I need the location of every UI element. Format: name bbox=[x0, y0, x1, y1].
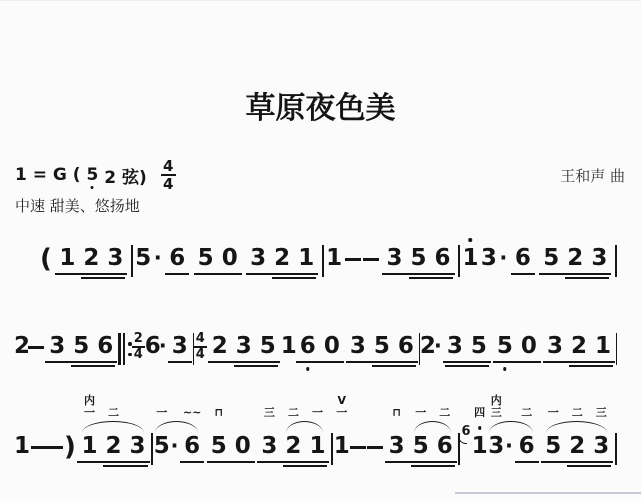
grace-note: 6 bbox=[461, 425, 471, 439]
fingering-marks: 四 bbox=[474, 407, 485, 420]
fingering-mark: ~~ bbox=[183, 407, 201, 420]
barline bbox=[322, 245, 324, 277]
note-number: 3 bbox=[236, 333, 252, 359]
octave-dot-above bbox=[478, 426, 482, 430]
beam-group: 321 bbox=[245, 245, 319, 271]
music-line: 2356246·3442351603562·3550321 bbox=[14, 333, 617, 367]
music-line: 1)1内一2二35一·6~~5⊓03三2二1一1V一3⊓5一6二61四3内三·6… bbox=[14, 433, 617, 467]
fingering-mark: 内 bbox=[84, 395, 95, 408]
beam-subgroup: 23 bbox=[563, 245, 611, 271]
beam-group: 235 bbox=[207, 333, 281, 359]
note: 0 bbox=[222, 245, 238, 271]
slur-arc bbox=[286, 421, 323, 433]
note: 5 bbox=[471, 333, 487, 359]
note-number: 6 bbox=[435, 245, 451, 271]
beam-group: 1内一2二3 bbox=[76, 433, 150, 459]
note: 5 bbox=[135, 245, 151, 271]
beam-subgroup: 56 bbox=[407, 245, 455, 271]
note-number: 2 bbox=[274, 245, 290, 271]
fingering-mark: 二 bbox=[521, 407, 532, 420]
octave-dot-above bbox=[469, 238, 473, 242]
beam-subgroup: 23 bbox=[79, 245, 127, 271]
beam-subgroup: 35 bbox=[232, 333, 280, 359]
beam-group: 3 bbox=[167, 333, 193, 359]
barline bbox=[458, 245, 460, 277]
fingering-marks: 二 bbox=[521, 407, 532, 420]
note: 5 bbox=[260, 333, 276, 359]
note-number: 0 bbox=[222, 245, 238, 271]
note: 1 bbox=[326, 245, 342, 271]
note-number: 0 bbox=[324, 333, 340, 359]
held-beat-dash bbox=[350, 446, 366, 449]
barline bbox=[131, 245, 133, 277]
music-line: (1235·650321135613·6523 bbox=[40, 245, 617, 279]
fingering-mark: 一 bbox=[415, 407, 426, 420]
beam-group: 356 bbox=[44, 333, 118, 359]
beam-group: 356 bbox=[381, 245, 455, 271]
note-number: 0 bbox=[521, 333, 537, 359]
note-number: 1 bbox=[472, 433, 488, 459]
note: 5 bbox=[411, 245, 427, 271]
slur-arc bbox=[155, 421, 198, 433]
slur-arc bbox=[489, 421, 532, 433]
note: 3 bbox=[130, 433, 146, 459]
note-number: 1 bbox=[59, 245, 75, 271]
note-number: 3 bbox=[447, 333, 463, 359]
beam-group: 523 bbox=[538, 245, 612, 271]
barline bbox=[616, 333, 617, 365]
held-beat-dash bbox=[363, 258, 379, 261]
fingering-mark: 三 bbox=[596, 407, 607, 420]
note-number: 2 bbox=[285, 433, 301, 459]
fingering-marks: 三 bbox=[264, 407, 275, 420]
fingering-marks: 内三 bbox=[491, 395, 502, 420]
note-number: 1 bbox=[326, 245, 342, 271]
beam-subgroup: 21 bbox=[567, 333, 615, 359]
note: 5 bbox=[374, 333, 390, 359]
beam-group: 321 bbox=[542, 333, 616, 359]
note: 3 bbox=[236, 333, 252, 359]
beam-group: 3三2二1一 bbox=[256, 433, 330, 459]
note: 1 bbox=[595, 333, 611, 359]
beam-group: 6~~ bbox=[179, 433, 205, 459]
augmentation-dot: · bbox=[154, 245, 162, 271]
time-signature: 44 bbox=[194, 333, 207, 361]
note-number: 5 bbox=[545, 433, 561, 459]
note: 0 bbox=[324, 333, 340, 359]
beam-subgroup: 2二3三 bbox=[565, 433, 613, 459]
fingering-marks: 二 bbox=[108, 407, 119, 420]
fingering-mark: 四 bbox=[474, 407, 485, 420]
beam-group: 5⊓0 bbox=[206, 433, 256, 459]
note-number: 5 bbox=[73, 333, 89, 359]
note: 3三 bbox=[593, 433, 609, 459]
meter-denominator: 4 bbox=[134, 349, 143, 361]
barline bbox=[615, 245, 617, 277]
note-number: 1 bbox=[281, 333, 295, 359]
note: 6二 bbox=[437, 433, 453, 459]
note-number: 6 bbox=[398, 333, 414, 359]
note-number: 1 bbox=[14, 433, 30, 459]
held-beat-dash bbox=[31, 446, 47, 449]
beam-group: 6 bbox=[510, 245, 536, 271]
note: 2二 bbox=[285, 433, 301, 459]
note: 1 bbox=[298, 245, 314, 271]
note: 2二 bbox=[569, 433, 585, 459]
note-number: 3 bbox=[488, 433, 504, 459]
note: 3 bbox=[49, 333, 65, 359]
intro-parenthesis: ) bbox=[64, 433, 76, 462]
note-number: 6 bbox=[184, 433, 200, 459]
fingering-mark: 二 bbox=[439, 407, 450, 420]
note-number: 3 bbox=[261, 433, 277, 459]
note-number: 2 bbox=[567, 245, 583, 271]
beam-subgroup: 2二3 bbox=[101, 433, 149, 459]
note: 1 bbox=[14, 433, 30, 459]
note: 6 bbox=[169, 245, 185, 271]
slur-arc bbox=[82, 421, 143, 433]
note-number: 5 bbox=[211, 433, 227, 459]
beam-group: 50 bbox=[193, 245, 243, 271]
note-number: 3 bbox=[591, 245, 607, 271]
note: 3 bbox=[591, 245, 607, 271]
note-number: 3 bbox=[107, 245, 123, 271]
held-beat-dash bbox=[345, 258, 361, 261]
note-number: 3 bbox=[130, 433, 146, 459]
repeat-thick-bar bbox=[118, 333, 121, 365]
note-number: 2 bbox=[571, 333, 587, 359]
note-number: 5 bbox=[411, 245, 427, 271]
note-number: 2 bbox=[420, 333, 434, 359]
repeat-sign bbox=[118, 333, 132, 365]
note-number: 5 bbox=[471, 333, 487, 359]
beam-subgroup: 35 bbox=[443, 333, 491, 359]
note-number: 6 bbox=[300, 333, 316, 359]
beam-subgroup: 2二1一 bbox=[281, 433, 329, 459]
time-signature: 24 bbox=[132, 333, 145, 361]
held-beat-dash bbox=[367, 446, 383, 449]
note-number: 1 bbox=[309, 433, 325, 459]
note-number: 2 bbox=[83, 245, 99, 271]
note: 5一 bbox=[154, 433, 170, 459]
note: 5 bbox=[198, 245, 214, 271]
note: 2 bbox=[571, 333, 587, 359]
note: 2 bbox=[14, 333, 28, 359]
note: 6 bbox=[145, 333, 159, 359]
bottom-rule bbox=[455, 492, 641, 494]
note-number: 1 bbox=[462, 245, 478, 271]
note-number: 1 bbox=[298, 245, 314, 271]
fingering-marks: 一 bbox=[415, 407, 426, 420]
note-number: 2 bbox=[569, 433, 585, 459]
note: 2 bbox=[567, 245, 583, 271]
fingering-marks: 一 bbox=[548, 407, 559, 420]
note: 2 bbox=[212, 333, 228, 359]
fingering-mark: 内 bbox=[491, 395, 502, 408]
note: 1四 bbox=[472, 433, 488, 459]
note: 1V一 bbox=[334, 433, 350, 459]
beam-group: 6 bbox=[164, 245, 190, 271]
note: 0 bbox=[235, 433, 251, 459]
held-beat-dash bbox=[47, 446, 63, 449]
note: 5⊓ bbox=[211, 433, 227, 459]
note-number: 6 bbox=[515, 245, 531, 271]
fingering-mark: 三 bbox=[491, 407, 502, 420]
augmentation-dot: · bbox=[505, 433, 513, 459]
note-number: 3 bbox=[49, 333, 65, 359]
fingering-mark: 一 bbox=[548, 407, 559, 420]
note-number: 3 bbox=[172, 333, 188, 359]
beam-group: 356 bbox=[345, 333, 419, 359]
note: 3 bbox=[250, 245, 266, 271]
note: 5 bbox=[73, 333, 89, 359]
held-beat-dash bbox=[36, 346, 44, 349]
note: 3 bbox=[447, 333, 463, 359]
note-number: 2 bbox=[105, 433, 121, 459]
fingering-mark: 一 bbox=[312, 407, 323, 420]
note: 2二 bbox=[105, 433, 121, 459]
note-number: 6 bbox=[437, 433, 453, 459]
note-number: 5 bbox=[374, 333, 390, 359]
note: 6 bbox=[300, 333, 316, 359]
fingering-marks: ⊓ bbox=[214, 407, 223, 420]
note: 6~~ bbox=[184, 433, 200, 459]
note: 5 bbox=[497, 333, 513, 359]
note-number: 3 bbox=[547, 333, 563, 359]
note: 6 bbox=[435, 245, 451, 271]
beam-group: 5一2二3三 bbox=[540, 433, 614, 459]
note: 6 bbox=[398, 333, 414, 359]
fingering-marks: 内一 bbox=[84, 395, 95, 420]
repeat-thin-bar bbox=[123, 333, 125, 365]
note: 1一 bbox=[309, 433, 325, 459]
note-number: 5 bbox=[260, 333, 276, 359]
beam-group: 3⊓5一6二 bbox=[384, 433, 458, 459]
slur-arc bbox=[414, 421, 451, 433]
note: 0 bbox=[521, 333, 537, 359]
fingering-mark: V bbox=[337, 395, 346, 408]
fingering-marks: 一 bbox=[312, 407, 323, 420]
note: 3 bbox=[386, 245, 402, 271]
note: 1内一 bbox=[81, 433, 97, 459]
octave-dot-below bbox=[306, 367, 310, 371]
note-number: 1 bbox=[595, 333, 611, 359]
note: 1 bbox=[281, 333, 295, 359]
note-number: 1 bbox=[81, 433, 97, 459]
meter-numerator: 4 bbox=[196, 333, 205, 345]
fingering-marks: 三 bbox=[596, 407, 607, 420]
note-number: 3 bbox=[250, 245, 266, 271]
meter-denominator: 4 bbox=[196, 349, 205, 361]
beam-group: 35 bbox=[442, 333, 492, 359]
note-number: 5 bbox=[135, 245, 151, 271]
note: 5一 bbox=[545, 433, 561, 459]
fingering-mark: 一 bbox=[336, 407, 347, 420]
note: 1 bbox=[462, 245, 478, 271]
beam-group: 123 bbox=[54, 245, 128, 271]
fingering-mark: 二 bbox=[108, 407, 119, 420]
note-number: 5 bbox=[413, 433, 429, 459]
note-number: 3 bbox=[386, 245, 402, 271]
fingering-marks: V一 bbox=[336, 395, 347, 420]
sheet-music-page: 草原夜色美 1 = G ( 5 2 弦) 4 4 中速 甜美、悠扬地 王和声 曲… bbox=[0, 0, 641, 501]
meter-numerator: 2 bbox=[134, 333, 143, 345]
note-number: 3 bbox=[481, 245, 497, 271]
note: 5一 bbox=[413, 433, 429, 459]
note-number: 3 bbox=[389, 433, 405, 459]
note-number: 0 bbox=[235, 433, 251, 459]
note: 6二 bbox=[519, 433, 535, 459]
note-number: 6 bbox=[97, 333, 113, 359]
fingering-mark: 二 bbox=[288, 407, 299, 420]
note: 2 bbox=[274, 245, 290, 271]
augmentation-dot: · bbox=[170, 433, 178, 459]
fingering-mark: 三 bbox=[264, 407, 275, 420]
note-number: 6 bbox=[145, 333, 159, 359]
beam-subgroup: 56 bbox=[370, 333, 418, 359]
beam-group: 6二 bbox=[514, 433, 540, 459]
slur-arc bbox=[546, 421, 607, 433]
fingering-marks: 二 bbox=[288, 407, 299, 420]
note-number: 5 bbox=[543, 245, 559, 271]
score: (1235·650321135613·65232356246·344235160… bbox=[0, 1, 641, 501]
fingering-mark: 一 bbox=[156, 407, 167, 420]
beam-group: 50 bbox=[492, 333, 542, 359]
note-number: 6 bbox=[519, 433, 535, 459]
note-number: 2 bbox=[212, 333, 228, 359]
fingering-mark: 二 bbox=[572, 407, 583, 420]
beam-subgroup: 21 bbox=[270, 245, 318, 271]
note-number: 1 bbox=[334, 433, 350, 459]
fingering-marks: 二 bbox=[439, 407, 450, 420]
note: 3 bbox=[350, 333, 366, 359]
note-number: 3 bbox=[350, 333, 366, 359]
note-number: 5 bbox=[497, 333, 513, 359]
note-number: 6 bbox=[169, 245, 185, 271]
note: 1 bbox=[59, 245, 75, 271]
note-number: 6 bbox=[461, 425, 471, 439]
note: 3 bbox=[481, 245, 497, 271]
beam-subgroup: 5一6二 bbox=[409, 433, 457, 459]
fingering-marks: 二 bbox=[572, 407, 583, 420]
note-number: 5 bbox=[198, 245, 214, 271]
fingering-mark: ⊓ bbox=[214, 407, 223, 420]
beam-subgroup: 56 bbox=[69, 333, 117, 359]
fingering-mark: 一 bbox=[84, 407, 95, 420]
fingering-marks: 一 bbox=[156, 407, 167, 420]
augmentation-dot: · bbox=[499, 245, 507, 271]
octave-dot-below bbox=[503, 367, 507, 371]
note: 6 bbox=[515, 245, 531, 271]
fingering-marks: ~~ bbox=[183, 407, 201, 420]
note: 2 bbox=[83, 245, 99, 271]
note: 2 bbox=[420, 333, 434, 359]
note: 3 bbox=[172, 333, 188, 359]
intro-parenthesis: ( bbox=[40, 245, 52, 274]
barline bbox=[615, 433, 617, 465]
note-number: 2 bbox=[14, 333, 28, 359]
note: 3 bbox=[547, 333, 563, 359]
fingering-marks: ⊓ bbox=[392, 407, 401, 420]
beam-group: 60 bbox=[295, 333, 345, 359]
note-number: 5 bbox=[154, 433, 170, 459]
note: 6 bbox=[97, 333, 113, 359]
note: 3⊓ bbox=[389, 433, 405, 459]
note-number: 3 bbox=[593, 433, 609, 459]
note: 3 bbox=[107, 245, 123, 271]
note: 5 bbox=[543, 245, 559, 271]
fingering-mark: ⊓ bbox=[392, 407, 401, 420]
note: 3内三 bbox=[488, 433, 504, 459]
note: 3三 bbox=[261, 433, 277, 459]
